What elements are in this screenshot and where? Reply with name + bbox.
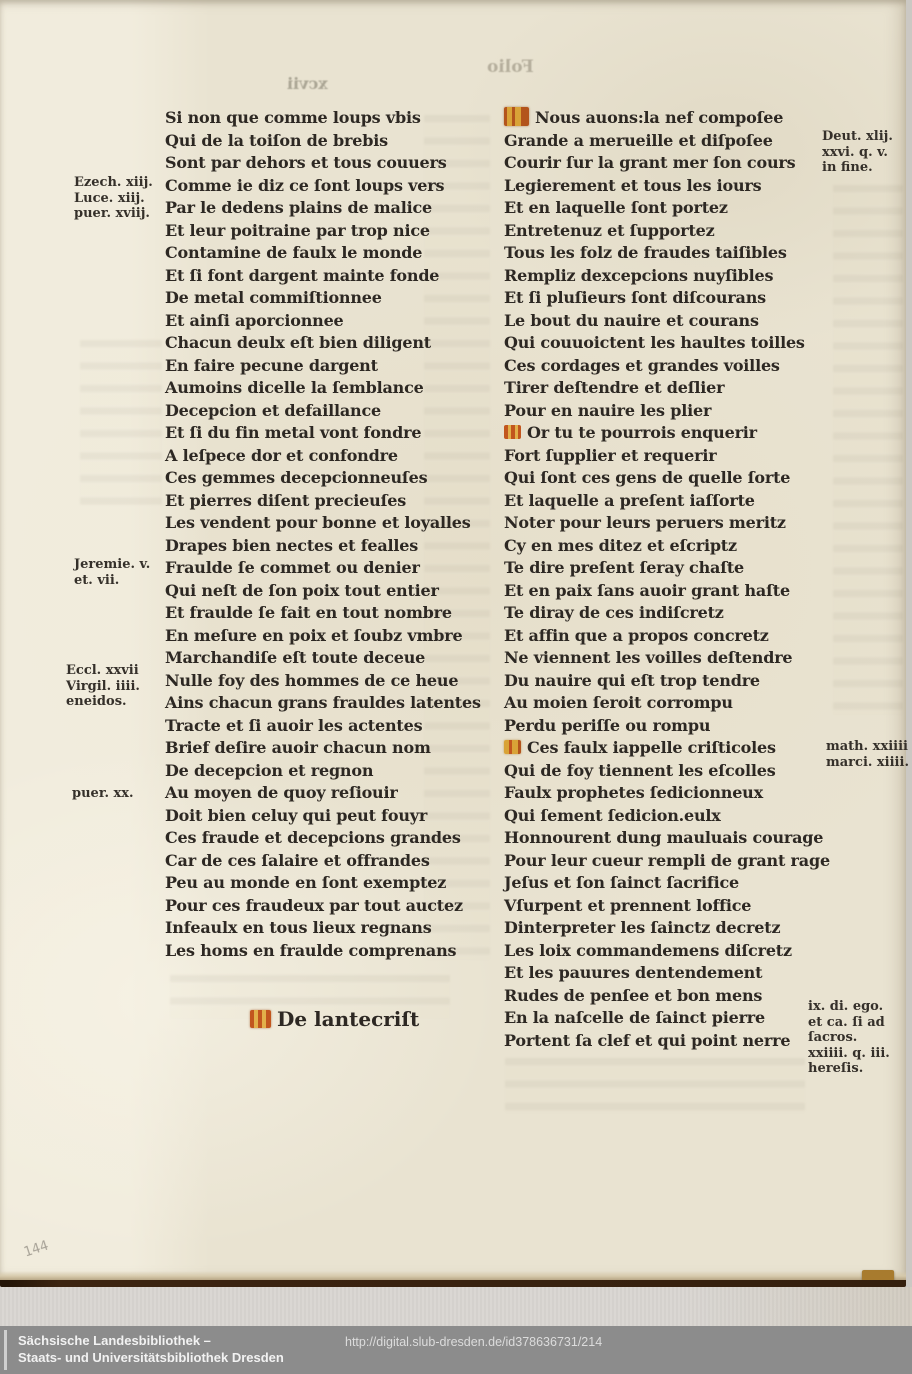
- verse-text: Et en paix ſans auoir grant haſte: [504, 581, 790, 600]
- verse-text: Ces faulx iappelle criſticoles: [527, 738, 776, 757]
- verse-text: Pour en nauire les plier: [504, 401, 711, 420]
- verse-text: Faulx prophetes ſedicionneux: [504, 783, 763, 802]
- verse-text: Et laquelle a preſent iaſſorte: [504, 491, 755, 510]
- margin-note-line: et. vii.: [74, 573, 150, 589]
- verse-line: Grande a merueille et diſpoſee: [504, 130, 839, 153]
- verse-line: A leſpece dor et confondre: [165, 445, 470, 468]
- verse-text: Fraulde ſe commet ou denier: [165, 558, 420, 577]
- rubric-paragraph-mark-icon: [504, 107, 529, 126]
- verse-text: En meſure en poix et ſoubz vmbre: [165, 626, 462, 645]
- verse-text: Aumoins dicelle la ſemblance: [165, 378, 424, 397]
- verse-text: Nulle foy des hommes de ce heue: [165, 671, 458, 690]
- verse-line: Et ſi pluſieurs ſont diſcourans: [504, 287, 839, 310]
- verse-text: Et ſi pluſieurs ſont diſcourans: [504, 288, 766, 307]
- bleedthrough-texture: [833, 185, 903, 715]
- verse-line: En faire pecune dargent: [165, 355, 470, 378]
- verse-line: Ces faulx iappelle criſticoles: [504, 737, 839, 760]
- verse-text: Dinterpreter les ſainctz decretz: [504, 918, 780, 937]
- library-name: Sächsische Landesbibliothek – Staats- un…: [18, 1332, 284, 1366]
- verse-line: Tous les folz de fraudes taiſibles: [504, 242, 839, 265]
- verse-text: Chacun deulx eſt bien diligent: [165, 333, 431, 352]
- source-url: http://digital.slub-dresden.de/id3786367…: [345, 1335, 602, 1349]
- verse-line: En la naſcelle de ſainct pierre: [504, 1007, 839, 1030]
- verse-text: De decepcion et regnon: [165, 761, 373, 780]
- verse-line: Pour en nauire les plier: [504, 400, 839, 423]
- verse-line: Qui ſont ces gens de quelle ſorte: [504, 467, 839, 490]
- bleedthrough-folio-label: Folio: [487, 57, 534, 77]
- verse-line: Au moyen de quoy reſiouir: [165, 782, 470, 805]
- library-name-line1: Sächsische Landesbibliothek –: [18, 1332, 284, 1349]
- verse-line: En meſure en poix et ſoubz vmbre: [165, 625, 470, 648]
- verse-text: En la naſcelle de ſainct pierre: [504, 1008, 765, 1027]
- verse-line: Ne viennent les voilles deſtendre: [504, 647, 839, 670]
- verse-text: Et affin que a propos concretz: [504, 626, 769, 645]
- verse-line: Sont par dehors et tous couuers: [165, 152, 470, 175]
- verse-line: Ces gemmes decepcionneuſes: [165, 467, 470, 490]
- verse-text: Honnourent dung mauluais courage: [504, 828, 823, 847]
- verse-line: Tracte et ſi auoir les actentes: [165, 715, 470, 738]
- book-cover-edge: [0, 1280, 906, 1287]
- verse-line: Infeaulx en tous lieux regnans: [165, 917, 470, 940]
- verse-text: Decepcion et defaillance: [165, 401, 381, 420]
- pencil-note: 144: [22, 1239, 50, 1261]
- verse-line: Ains chacun grans frauldes latentes: [165, 692, 470, 715]
- verse-line: Cy en mes ditez et eſcriptz: [504, 535, 839, 558]
- margin-note-line: puer. xviij.: [74, 206, 153, 222]
- verse-line: Et ſi font dargent mainte fonde: [165, 265, 470, 288]
- verse-line: Brief deſire auoir chacun nom: [165, 737, 470, 760]
- background-fabric: [0, 1287, 912, 1326]
- verse-text: Car de ces ſalaire et offrandes: [165, 851, 430, 870]
- digitized-manuscript-scan: xcvii Folio 144 Ezech. xiij.Luce. xiij.p…: [0, 0, 912, 1374]
- verse-line: Contamine de faulx le monde: [165, 242, 470, 265]
- verse-text: Ces fraude et decepcions grandes: [165, 828, 461, 847]
- verse-text: Les loix commandemens diſcretz: [504, 941, 792, 960]
- verse-text: Et pierres diſent precieuſes: [165, 491, 406, 510]
- verse-line: Qui couuoictent les haultes toilles: [504, 332, 839, 355]
- verse-line: Qui de la toiſon de brebis: [165, 130, 470, 153]
- verse-line: Pour ces fraudeux par tout auctez: [165, 895, 470, 918]
- library-watermark-bar: Sächsische Landesbibliothek – Staats- un…: [0, 1326, 912, 1374]
- verse-text: Qui de foy tiennent les eſcolles: [504, 761, 776, 780]
- verse-text: Ces gemmes decepcionneuſes: [165, 468, 427, 487]
- margin-note-line: Jeremie. v.: [74, 557, 150, 573]
- verse-text: Les vendent pour bonne et loyalles: [165, 513, 471, 532]
- verse-line: Ces cordages et grandes voilles: [504, 355, 839, 378]
- verse-text: Comme ie diz ce ſont loups vers: [165, 176, 444, 195]
- verse-line: Les homs en fraulde comprenans: [165, 940, 470, 963]
- verse-line: Fort ſupplier et requerir: [504, 445, 839, 468]
- verse-line: Dinterpreter les ſainctz decretz: [504, 917, 839, 940]
- verse-line: Qui ſement ſedicion.eulx: [504, 805, 839, 828]
- verse-text: Or tu te pourrois enquerir: [527, 423, 757, 442]
- verse-line: Courir ſur la grant mer ſon cours: [504, 152, 839, 175]
- verse-text: Et fraulde ſe fait en tout nombre: [165, 603, 452, 622]
- verse-column-left: Si non que comme loups vbisQui de la toi…: [165, 107, 470, 962]
- verse-line: Perdu periſſe ou rompu: [504, 715, 839, 738]
- verse-line: Pour leur cueur rempli de grant rage: [504, 850, 839, 873]
- verse-text: Par le dedens plains de malice: [165, 198, 432, 217]
- watermark-bar-stripe: [4, 1330, 7, 1370]
- verse-line: Legierement et tous les iours: [504, 175, 839, 198]
- verse-line: Fraulde ſe commet ou denier: [165, 557, 470, 580]
- margin-note-line: Virgil. iiii.: [66, 679, 140, 695]
- verse-text: Legierement et tous les iours: [504, 176, 761, 195]
- bleedthrough-texture: [80, 340, 162, 505]
- verse-text: Ces cordages et grandes voilles: [504, 356, 780, 375]
- verse-line: Chacun deulx eſt bien diligent: [165, 332, 470, 355]
- rubric-paragraph-mark-icon: [250, 1010, 271, 1028]
- verse-text: Perdu periſſe ou rompu: [504, 716, 710, 735]
- verse-text: Contamine de faulx le monde: [165, 243, 422, 262]
- verse-text: Entretenuz et ſupportez: [504, 221, 715, 240]
- verse-text: Et en laquelle ſont portez: [504, 198, 728, 217]
- verse-text: Drapes bien nectes et fealles: [165, 536, 418, 555]
- verse-text: Qui ſement ſedicion.eulx: [504, 806, 721, 825]
- verse-text: Sont par dehors et tous couuers: [165, 153, 447, 172]
- verse-line: De decepcion et regnon: [165, 760, 470, 783]
- verse-line: Car de ces ſalaire et offrandes: [165, 850, 470, 873]
- verse-text: Rempliz dexcepcions nuyſibles: [504, 266, 773, 285]
- verse-line: Du nauire qui eſt trop tendre: [504, 670, 839, 693]
- verse-line: Rempliz dexcepcions nuyſibles: [504, 265, 839, 288]
- chapter-heading-text: De lantecriſt: [277, 1007, 419, 1031]
- verse-line: Et en laquelle ſont portez: [504, 197, 839, 220]
- verse-text: Infeaulx en tous lieux regnans: [165, 918, 432, 937]
- verse-line: Qui de foy tiennent les eſcolles: [504, 760, 839, 783]
- verse-line: Et ſi du fin metal vont fondre: [165, 422, 470, 445]
- verse-text: Portent ſa clef et qui point nerre: [504, 1031, 790, 1050]
- verse-line: Aumoins dicelle la ſemblance: [165, 377, 470, 400]
- verse-line: Rudes de penſee et bon mens: [504, 985, 839, 1008]
- verse-text: Et ainſi aporcionnee: [165, 311, 344, 330]
- verse-text: Cy en mes ditez et eſcriptz: [504, 536, 737, 555]
- verse-text: Et leur poitraine par trop nice: [165, 221, 430, 240]
- verse-text: En faire pecune dargent: [165, 356, 378, 375]
- verse-line: Par le dedens plains de malice: [165, 197, 470, 220]
- verse-text: A leſpece dor et confondre: [165, 446, 398, 465]
- verse-text: Doit bien celuy qui peut fouyr: [165, 806, 427, 825]
- library-name-line2: Staats- und Universitätsbibliothek Dresd…: [18, 1349, 284, 1366]
- verse-text: Au moyen de quoy reſiouir: [165, 783, 398, 802]
- verse-text: Qui de la toiſon de brebis: [165, 131, 388, 150]
- margin-note-jeremie: Jeremie. v.et. vii.: [74, 557, 150, 588]
- verse-text: Rudes de penſee et bon mens: [504, 986, 762, 1005]
- verse-line: Nulle foy des hommes de ce heue: [165, 670, 470, 693]
- margin-note-line: hereſis.: [808, 1061, 890, 1077]
- verse-line: Noter pour leurs peruers meritz: [504, 512, 839, 535]
- verse-text: Grande a merueille et diſpoſee: [504, 131, 773, 150]
- verse-line: Drapes bien nectes et fealles: [165, 535, 470, 558]
- verse-line: Nous auons:la nef compoſee: [504, 107, 839, 130]
- margin-note-ezechiel: Ezech. xiij.Luce. xiij.puer. xviij.: [74, 175, 153, 222]
- verse-line: Les vendent pour bonne et loyalles: [165, 512, 470, 535]
- rubric-paragraph-mark-icon: [504, 740, 521, 754]
- verse-text: Tirer deſtendre et deſlier: [504, 378, 724, 397]
- verse-line: Ces fraude et decepcions grandes: [165, 827, 470, 850]
- margin-note-line: Luce. xiij.: [74, 191, 153, 207]
- verse-line: Comme ie diz ce ſont loups vers: [165, 175, 470, 198]
- margin-note-ecclesiasticus-virgil: Eccl. xxviiVirgil. iiii.eneidos.: [66, 663, 140, 710]
- verse-text: De metal commiſtionnee: [165, 288, 382, 307]
- margin-note-proverbs: puer. xx.: [72, 786, 134, 802]
- verse-text: Et ſi font dargent mainte fonde: [165, 266, 439, 285]
- verse-line: Jeſus et ſon ſainct ſacrifice: [504, 872, 839, 895]
- verse-line: Honnourent dung mauluais courage: [504, 827, 839, 850]
- verse-line: Si non que comme loups vbis: [165, 107, 470, 130]
- verse-text: Qui couuoictent les haultes toilles: [504, 333, 805, 352]
- verse-line: Et ainſi aporcionnee: [165, 310, 470, 333]
- book-page: xcvii Folio 144 Ezech. xiij.Luce. xiij.p…: [0, 0, 906, 1280]
- verse-line: Marchandiſe eſt toute deceue: [165, 647, 470, 670]
- verse-column-right: Nous auons:la nef compoſeeGrande a merue…: [504, 107, 839, 1052]
- verse-line: Qui neſt de ſon poix tout entier: [165, 580, 470, 603]
- verse-line: Te diray de ces indiſcretz: [504, 602, 839, 625]
- verse-line: Tirer deſtendre et deſlier: [504, 377, 839, 400]
- margin-note-line: Ezech. xiij.: [74, 175, 153, 191]
- verse-line: Et leur poitraine par trop nice: [165, 220, 470, 243]
- margin-note-line: puer. xx.: [72, 786, 134, 802]
- verse-line: Les loix commandemens diſcretz: [504, 940, 839, 963]
- verse-text: Le bout du nauire et courans: [504, 311, 759, 330]
- verse-line: Et en paix ſans auoir grant haſte: [504, 580, 839, 603]
- verse-line: Vſurpent et prennent loffice: [504, 895, 839, 918]
- verse-text: Nous auons:la nef compoſee: [535, 108, 783, 127]
- verse-line: De metal commiſtionnee: [165, 287, 470, 310]
- verse-text: Brief deſire auoir chacun nom: [165, 738, 431, 757]
- verse-text: Et les pauures dentendement: [504, 963, 762, 982]
- verse-text: Fort ſupplier et requerir: [504, 446, 716, 465]
- verse-text: Noter pour leurs peruers meritz: [504, 513, 786, 532]
- chapter-heading: De lantecriſt: [250, 1007, 419, 1031]
- verse-text: Vſurpent et prennent loffice: [504, 896, 751, 915]
- verse-line: Le bout du nauire et courans: [504, 310, 839, 333]
- verse-text: Marchandiſe eſt toute deceue: [165, 648, 425, 667]
- verse-text: Te diray de ces indiſcretz: [504, 603, 724, 622]
- margin-note-line: Eccl. xxvii: [66, 663, 140, 679]
- verse-line: Et pierres diſent precieuſes: [165, 490, 470, 513]
- verse-text: Peu au monde en ſont exemptez: [165, 873, 446, 892]
- verse-text: Courir ſur la grant mer ſon cours: [504, 153, 795, 172]
- verse-line: Entretenuz et ſupportez: [504, 220, 839, 243]
- verse-line: Et laquelle a preſent iaſſorte: [504, 490, 839, 513]
- verse-line: Or tu te pourrois enquerir: [504, 422, 839, 445]
- verse-text: Du nauire qui eſt trop tendre: [504, 671, 760, 690]
- verse-line: Te dire preſent ſeray chaſte: [504, 557, 839, 580]
- verse-line: Peu au monde en ſont exemptez: [165, 872, 470, 895]
- margin-note-line: eneidos.: [66, 694, 140, 710]
- verse-text: Et ſi du fin metal vont fondre: [165, 423, 421, 442]
- bleedthrough-texture: [505, 1058, 805, 1113]
- verse-text: Au moien ſeroit corrompu: [504, 693, 733, 712]
- verse-text: Pour ces fraudeux par tout auctez: [165, 896, 463, 915]
- rubric-paragraph-mark-icon: [504, 425, 521, 439]
- verse-text: Pour leur cueur rempli de grant rage: [504, 851, 830, 870]
- verse-text: Ne viennent les voilles deſtendre: [504, 648, 792, 667]
- verse-text: Tous les folz de fraudes taiſibles: [504, 243, 787, 262]
- verse-line: Decepcion et defaillance: [165, 400, 470, 423]
- verse-text: Les homs en fraulde comprenans: [165, 941, 456, 960]
- verse-line: Faulx prophetes ſedicionneux: [504, 782, 839, 805]
- verse-text: Si non que comme loups vbis: [165, 108, 421, 127]
- verse-line: Et affin que a propos concretz: [504, 625, 839, 648]
- verse-line: Doit bien celuy qui peut fouyr: [165, 805, 470, 828]
- verse-text: Qui neſt de ſon poix tout entier: [165, 581, 439, 600]
- verse-text: Jeſus et ſon ſainct ſacrifice: [504, 873, 739, 892]
- verse-text: Tracte et ſi auoir les actentes: [165, 716, 422, 735]
- verse-line: Portent ſa clef et qui point nerre: [504, 1030, 839, 1053]
- verse-line: Et les pauures dentendement: [504, 962, 839, 985]
- verse-text: Te dire preſent ſeray chaſte: [504, 558, 744, 577]
- verse-line: Au moien ſeroit corrompu: [504, 692, 839, 715]
- bleedthrough-page-number: xcvii: [287, 74, 328, 93]
- verse-text: Ains chacun grans frauldes latentes: [165, 693, 481, 712]
- verse-line: Et fraulde ſe fait en tout nombre: [165, 602, 470, 625]
- verse-text: Qui ſont ces gens de quelle ſorte: [504, 468, 790, 487]
